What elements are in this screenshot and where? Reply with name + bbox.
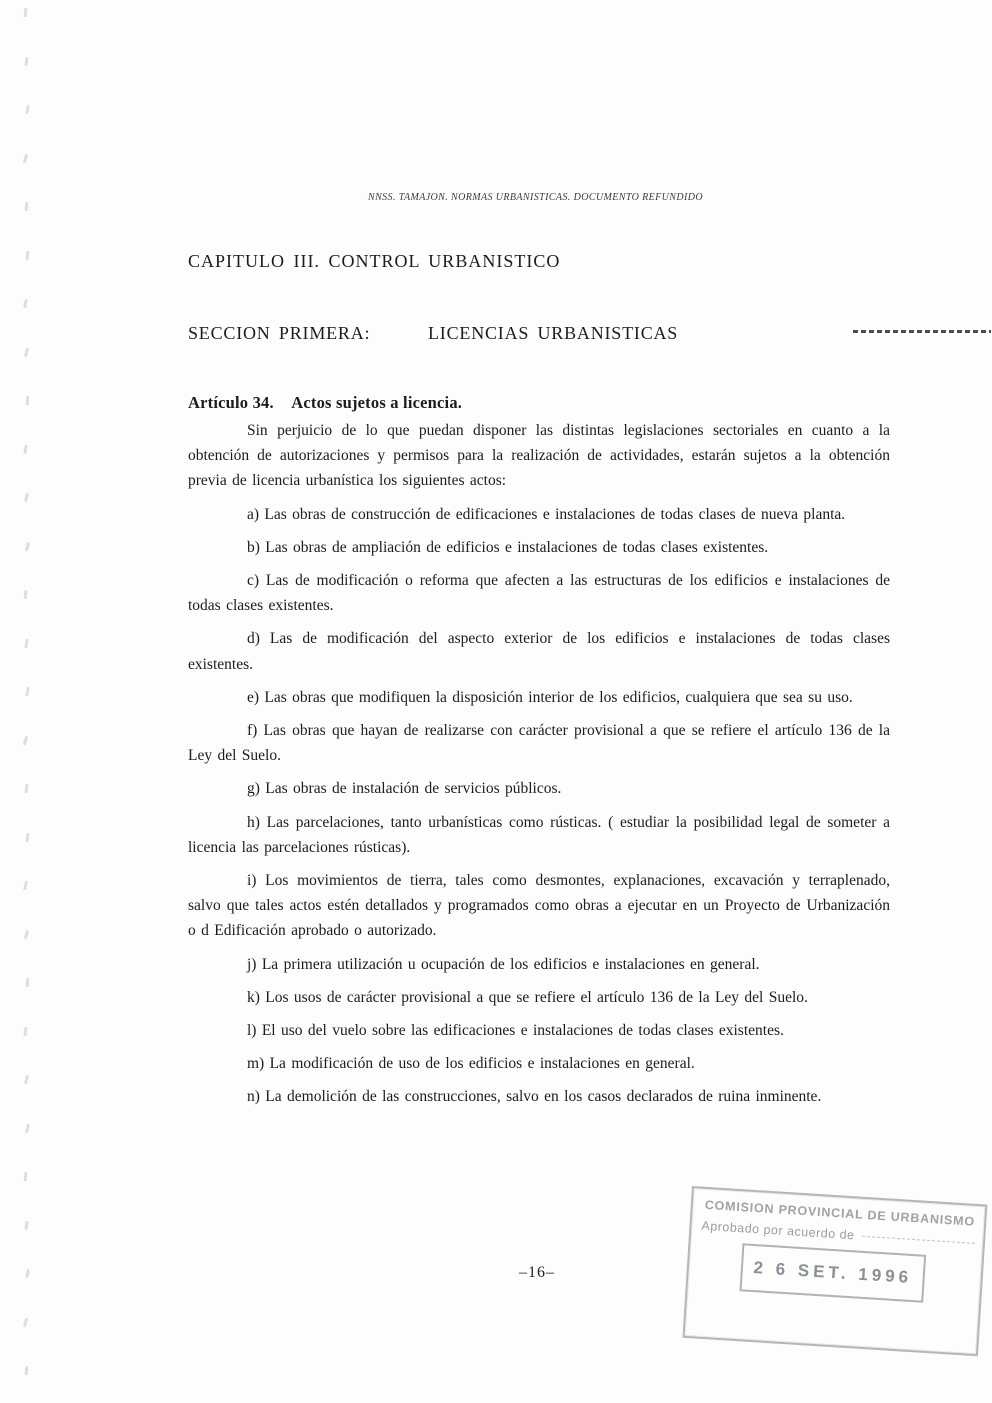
section-label: SECCION PRIMERA: (188, 323, 370, 343)
article-item-i: i) Los movimientos de tierra, tales como… (188, 868, 890, 944)
stamp-date-box: 2 6 SET. 1996 (739, 1243, 926, 1302)
article-item-c: c) Las de modificación o reforma que afe… (188, 568, 890, 618)
article-body: Sin perjuicio de lo que puedan disponer … (188, 418, 890, 1118)
scan-edge-artifacts (0, 0, 60, 1403)
chapter-title: CAPITULO III. CONTROL URBANISTICO (188, 251, 560, 272)
article-item-f: f) Las obras que hayan de realizarse con… (188, 718, 890, 768)
scan-smudge-artifact (853, 330, 991, 333)
article-item-m: m) La modificación de uso de los edifici… (188, 1051, 890, 1076)
section-title: LICENCIAS URBANISTICAS (428, 323, 678, 344)
article-item-j: j) La primera utilización u ocupación de… (188, 952, 890, 977)
article-item-k: k) Los usos de carácter provisional a qu… (188, 985, 890, 1010)
scanned-document-page: NNSS. TAMAJON. NORMAS URBANISTICAS. DOCU… (0, 0, 992, 1403)
stamp-approval-text: Aprobado por acuerdo de (701, 1219, 855, 1243)
article-title: Actos sujetos a licencia. (291, 393, 462, 412)
article-item-e: e) Las obras que modifiquen la disposici… (188, 685, 890, 710)
article-item-a: a) Las obras de construcción de edificac… (188, 502, 890, 527)
article-intro-paragraph: Sin perjuicio de lo que puedan disponer … (188, 418, 890, 494)
article-item-g: g) Las obras de instalación de servicios… (188, 776, 890, 801)
article-item-b: b) Las obras de ampliación de edificios … (188, 535, 890, 560)
article-item-h: h) Las parcelaciones, tanto urbanísticas… (188, 810, 890, 860)
article-heading: Artículo 34. Actos sujetos a licencia. (188, 393, 462, 413)
article-item-d: d) Las de modificación del aspecto exter… (188, 626, 890, 676)
article-item-l: l) El uso del vuelo sobre las edificacio… (188, 1018, 890, 1043)
article-number: Artículo 34. (188, 393, 274, 412)
section-line: SECCION PRIMERA: LICENCIAS URBANISTICAS (188, 323, 370, 344)
approval-stamp: COMISION PROVINCIAL DE URBANISMO Aprobad… (682, 1186, 987, 1356)
article-item-n: n) La demolición de las construcciones, … (188, 1084, 890, 1109)
running-header: NNSS. TAMAJON. NORMAS URBANISTICAS. DOCU… (368, 192, 713, 203)
stamp-dotted-rule (862, 1236, 975, 1244)
